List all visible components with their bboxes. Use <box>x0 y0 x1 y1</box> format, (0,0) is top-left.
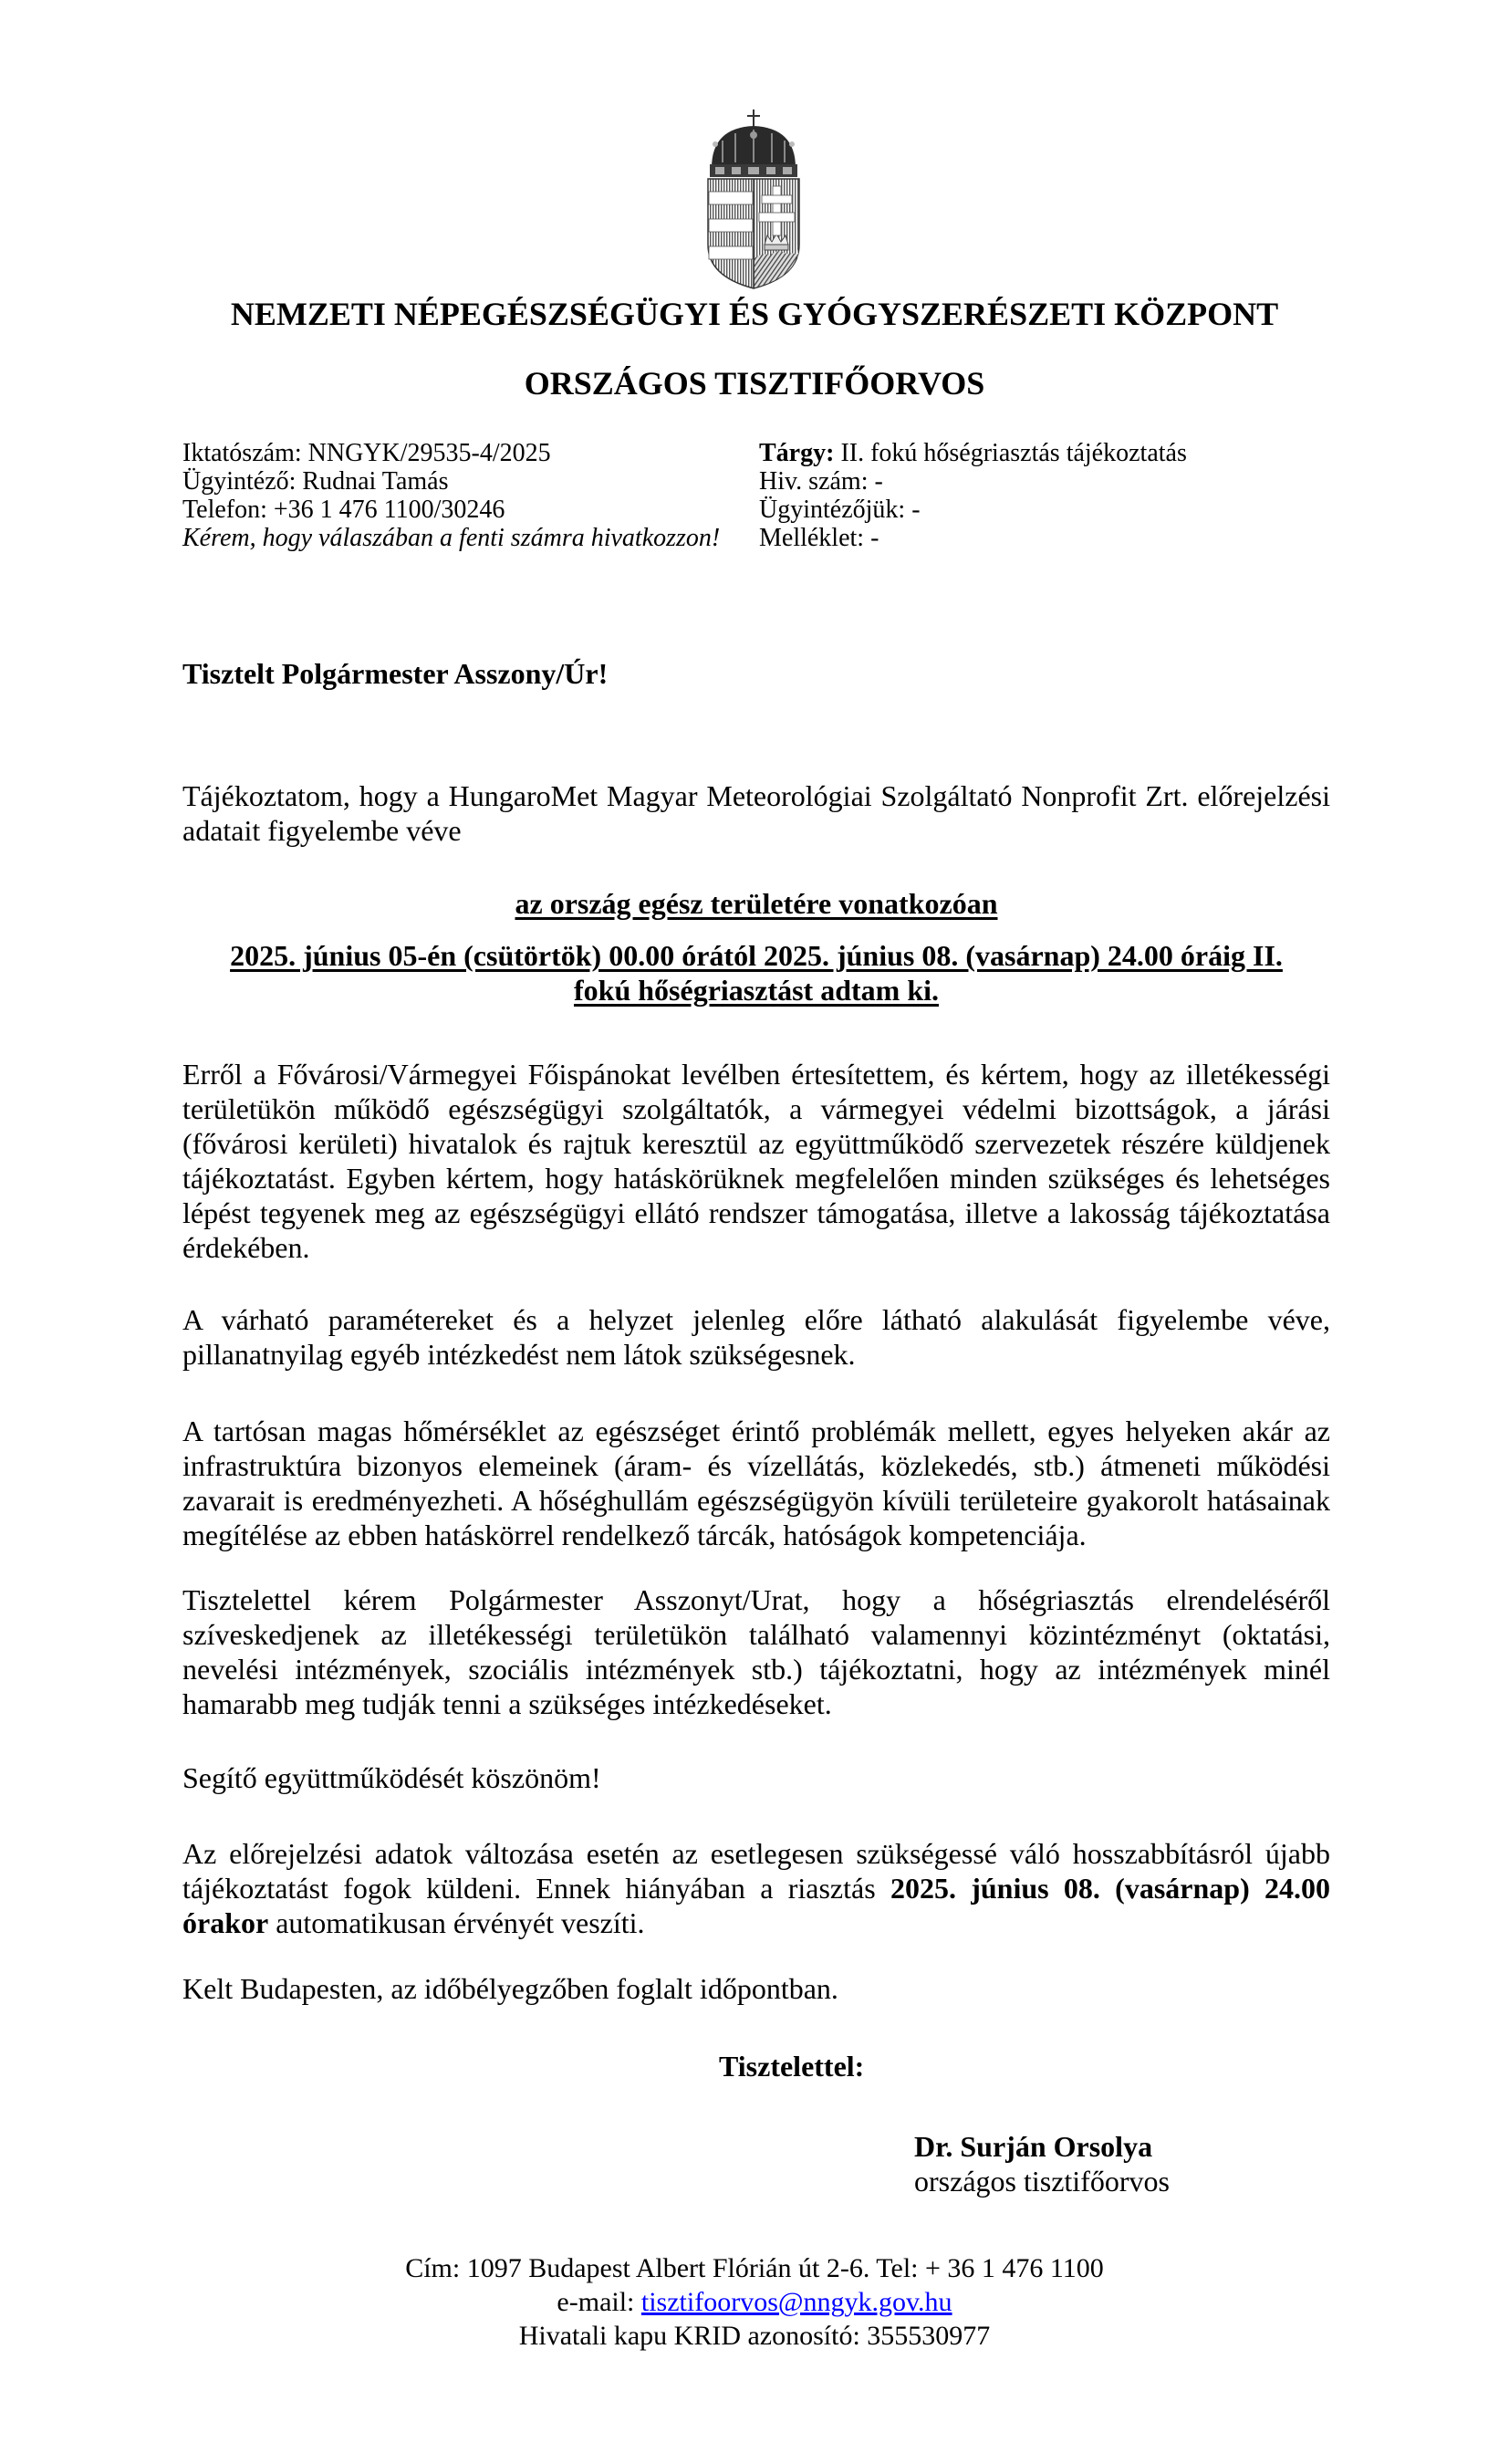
their-administrator: Ügyintézőjük: - <box>759 496 1325 524</box>
meta-right: Tárgy: II. fokú hőségriasztás tájékoztat… <box>759 439 1325 552</box>
office-heading: ORSZÁGOS TISZTIFŐORVOS <box>0 363 1509 403</box>
signature-block: Dr. Surján Orsolya országos tisztifőorvo… <box>914 2129 1170 2198</box>
meta-left: Iktatószám: NNGYK/29535-4/2025 Ügyintéző… <box>182 439 748 552</box>
attachment: Melléklet: - <box>759 524 1325 552</box>
phone: Telefon: +36 1 476 1100/30246 <box>182 496 748 524</box>
salutation: Tisztelt Polgármester Asszony/Úr! <box>182 656 1330 691</box>
intro-paragraph: Tájékoztatom, hogy a HungaroMet Magyar M… <box>182 778 1330 848</box>
administrator: Ügyintéző: Rudnai Tamás <box>182 467 748 496</box>
subject-label: Tárgy: <box>759 439 834 467</box>
signatory-name: Dr. Surján Orsolya <box>914 2129 1170 2164</box>
footer-address: Cím: 1097 Budapest Albert Flórián út 2-6… <box>0 2251 1509 2285</box>
hungarian-coat-of-arms-icon <box>704 108 803 290</box>
footer-email-line: e-mail: tisztifoorvos@nngyk.gov.hu <box>0 2285 1509 2319</box>
filing-number: Iktatószám: NNGYK/29535-4/2025 <box>182 439 748 467</box>
closing: Tisztelettel: <box>719 2049 864 2083</box>
footer-krid: Hivatali kapu KRID azonosító: 355530977 <box>0 2319 1509 2353</box>
reference-note: Kérem, hogy válaszában a fenti számra hi… <box>182 524 748 552</box>
paragraph-parameters: A várható paramétereket és a helyzet jel… <box>182 1302 1330 1372</box>
paragraph-extension: Az előrejelzési adatok változása esetén … <box>182 1836 1330 1940</box>
subject-value: II. fokú hőségriasztás tájékoztatás <box>834 439 1186 467</box>
extension-date: 2025. június 08. <box>890 1872 1100 1905</box>
scope-text: az ország egész területére vonatkozóan <box>515 887 997 920</box>
extension-day: (vasárnap) <box>1100 1872 1264 1905</box>
paragraph-notification: Erről a Fővárosi/Vármegyei Főispánokat l… <box>182 1057 1330 1265</box>
signatory-title: országos tisztifőorvos <box>914 2164 1170 2198</box>
period-text: 2025. június 05-én (csütörtök) 00.00 órá… <box>230 939 1283 1007</box>
announcement-period: 2025. június 05-én (csütörtök) 00.00 órá… <box>201 938 1312 1008</box>
footer-email-link[interactable]: tisztifoorvos@nngyk.gov.hu <box>641 2287 952 2317</box>
footer: Cím: 1097 Budapest Albert Flórián út 2-6… <box>0 2251 1509 2353</box>
paragraph-infrastructure: A tartósan magas hőmérséklet az egészség… <box>182 1414 1330 1552</box>
footer-email-label: e-mail: <box>557 2287 640 2317</box>
paragraph-thanks: Segítő együttműködését köszönöm! <box>182 1760 1330 1795</box>
organization-heading: NEMZETI NÉPEGÉSZSÉGÜGYI ÉS GYÓGYSZERÉSZE… <box>0 294 1509 334</box>
announcement-scope: az ország egész területére vonatkozóan <box>182 886 1330 921</box>
place-date: Kelt Budapesten, az időbélyegzőben fogla… <box>182 1971 1330 2006</box>
reference-number: Hiv. szám: - <box>759 467 1325 496</box>
extension-text-2: automatikusan érvényét veszíti. <box>268 1906 644 1939</box>
subject: Tárgy: II. fokú hőségriasztás tájékoztat… <box>759 439 1325 467</box>
paragraph-institutions: Tisztelettel kérem Polgármester Asszonyt… <box>182 1582 1330 1721</box>
